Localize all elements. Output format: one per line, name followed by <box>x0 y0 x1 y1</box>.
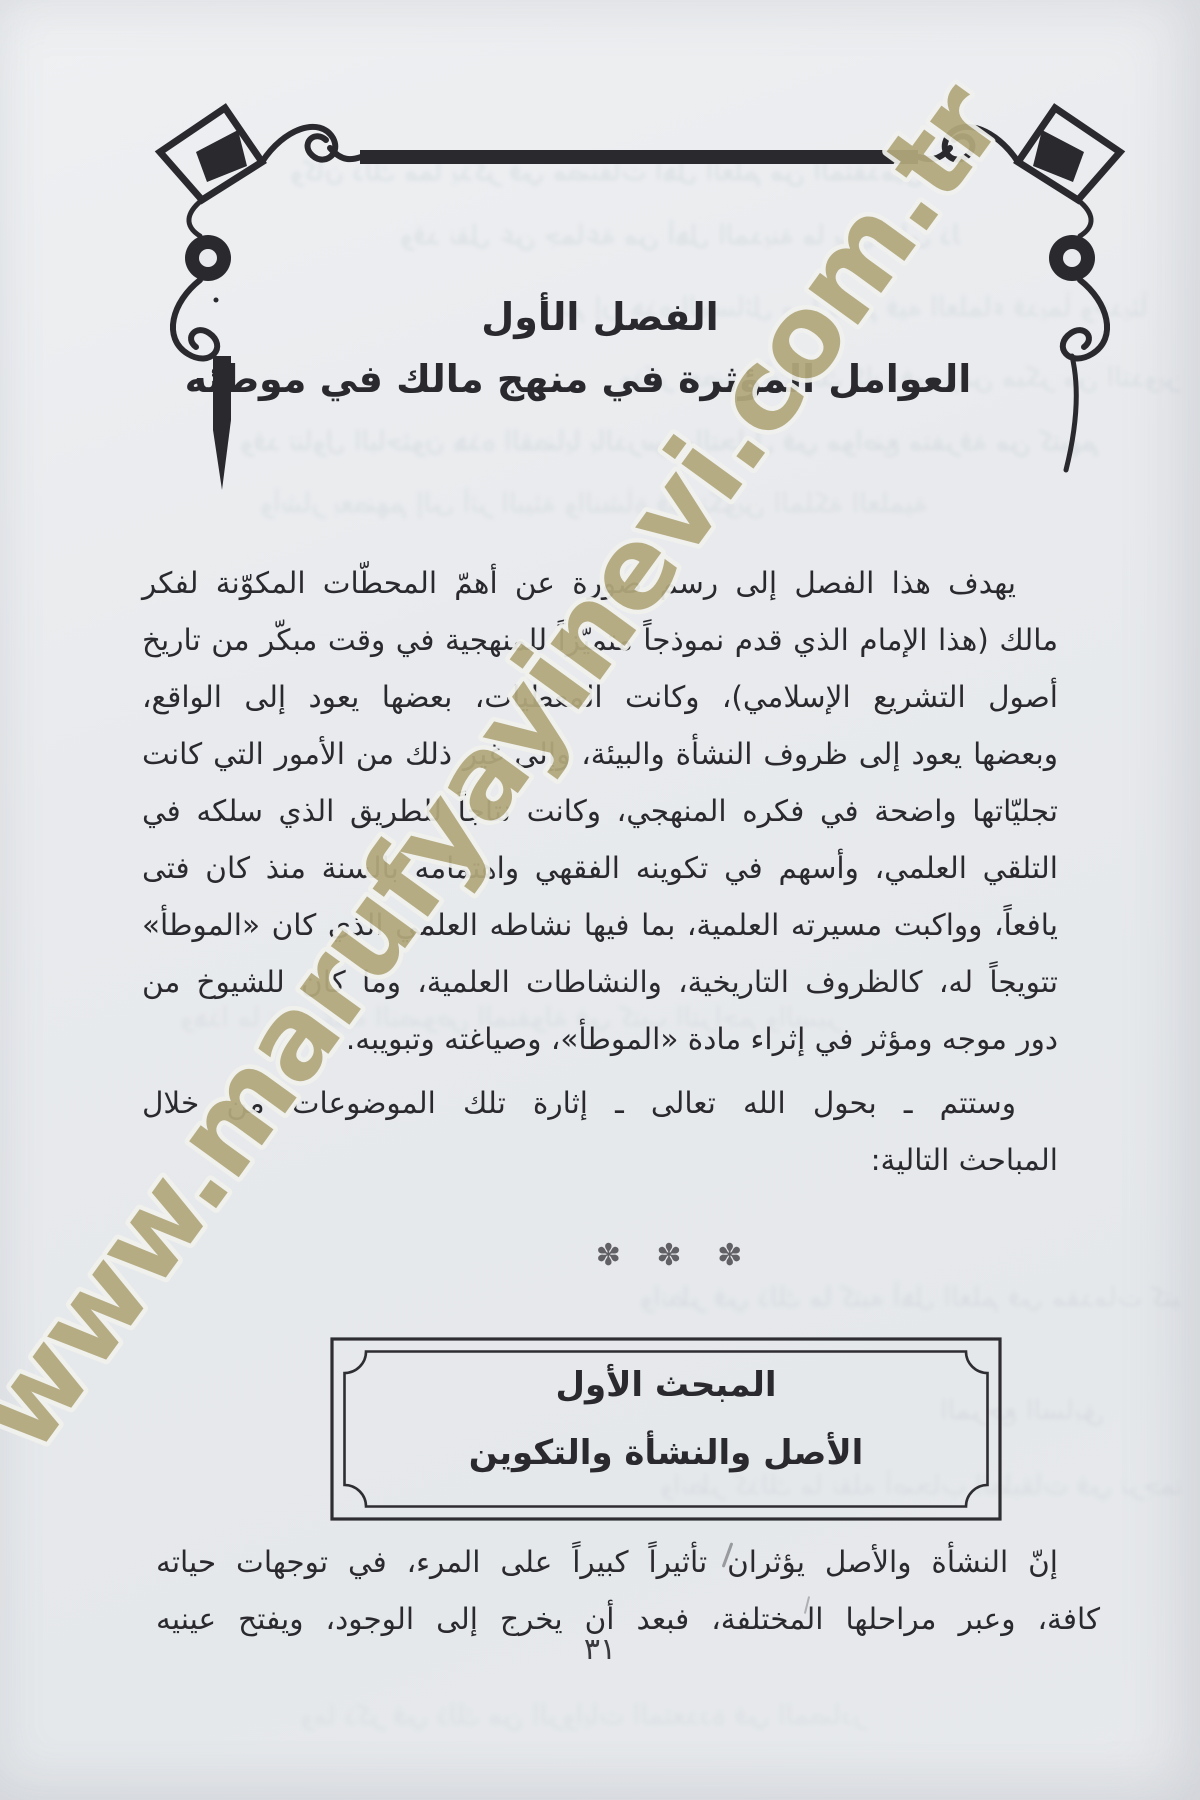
text-line: التلقي العلمي، وأسهم في تكوينه الفقهي وا… <box>142 843 1058 900</box>
chapter-title: الفصل الأول <box>142 295 1058 339</box>
page-number: ٣١ <box>142 1632 1058 1667</box>
text-line: وبعضها يعود إلى ظروف النشأة والبيئة، وإل… <box>142 729 1058 786</box>
book-page-scan: وكان ذلك مما يذكر في مصنفات أهل العلم من… <box>0 0 1200 1800</box>
text-line: دور موجه ومؤثر في إثراء مادة «الموطأ»، و… <box>142 1014 1058 1071</box>
text-line: وستتم ـ بحول الله تعالى ـ إثارة تلك المو… <box>142 1078 1058 1135</box>
header-rule <box>360 150 918 164</box>
section-box-title: المبحث الأول <box>330 1365 1002 1405</box>
section-heading-box: المبحث الأول الأصل والنشأة والتكوين <box>330 1337 1002 1521</box>
text-line: أصول التشريع الإسلامي)، وكانت المعطيات، … <box>142 672 1058 729</box>
body-paragraph-1: يهدف هذا الفصل إلى رسم صورة عن أهمّ المح… <box>142 558 1058 1071</box>
text-line: تتويجاً له، كالظروف التاريخية، والنشاطات… <box>142 957 1058 1014</box>
header-ornament <box>0 0 1200 520</box>
chapter-subtitle: العوامل المؤثرة في منهج مالك في موطئه <box>120 357 1036 401</box>
text-line: مالك (هذا الإمام الذي قدم نموذجاً متميّز… <box>142 615 1058 672</box>
text-line: إنّ النشأة والأصل يؤثران تأثيراً كبيراً … <box>156 1537 1100 1594</box>
bleed-line: وما ذكر في ذلك من الروايات المتعددة في ا… <box>300 1700 900 1731</box>
text-line: المباحث التالية: <box>142 1135 1058 1192</box>
text-line: تجليّاتها واضحة في فكره المنهجي، وكانت ن… <box>142 786 1058 843</box>
text-line: يافعاً، وواكبت مسيرته العلمية، بما فيها … <box>142 900 1058 957</box>
flower-divider: ✽ ✽ ✽ <box>560 1238 780 1273</box>
section-box-subtitle: الأصل والنشأة والتكوين <box>330 1433 1002 1473</box>
bleed-line: وانظر في ذلك ما كتبه أهل العلم في مقدمات… <box>640 1282 1180 1313</box>
corner-ornament-right <box>919 108 1120 470</box>
text-line: يهدف هذا الفصل إلى رسم صورة عن أهمّ المح… <box>142 558 1058 615</box>
body-paragraph-2: وستتم ـ بحول الله تعالى ـ إثارة تلك المو… <box>142 1078 1058 1192</box>
